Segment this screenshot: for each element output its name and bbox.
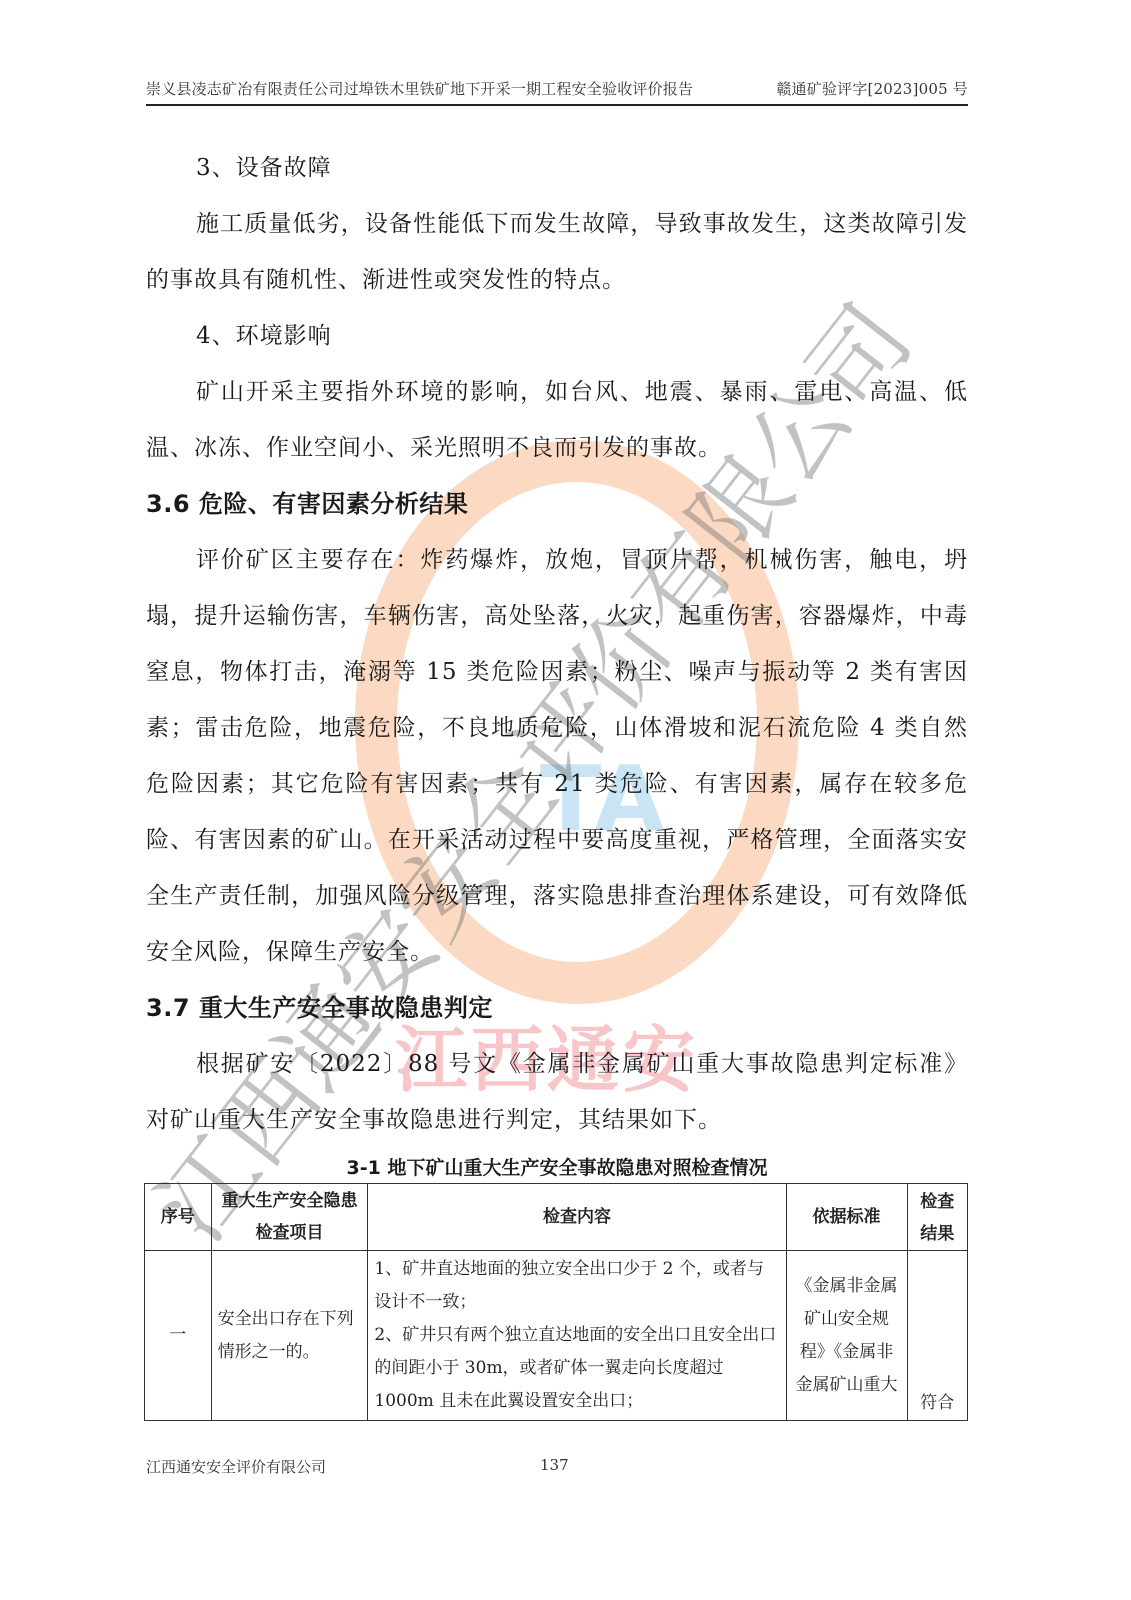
cell-basis: 《金属非金属矿山安全规程》《金属非金属矿山重大 [786, 1251, 907, 1421]
item-3-text: 施工质量低劣，设备性能低下而发生故障，导致事故发生，这类故障引发的事故具有随机性… [146, 196, 968, 308]
item-3-title: 3、设备故障 [146, 140, 968, 196]
section-3-6-heading: 3.6 危险、有害因素分析结果 [146, 476, 968, 532]
document-page: TA 江西通安 江西通安安全评价有限公司 崇义县凌志矿冶有限责任公司过埠铁木里铁… [0, 0, 1131, 1600]
item-4-text: 矿山开采主要指外环境的影响，如台风、地震、暴雨、雷电、高温、低温、冰冻、作业空间… [146, 364, 968, 476]
section-3-6-text: 评价矿区主要存在：炸药爆炸，放炮，冒顶片帮，机械伤害，触电，坍塌，提升运输伤害，… [146, 532, 968, 980]
report-title: 崇义县凌志矿冶有限责任公司过埠铁木里铁矿地下开采一期工程安全验收评价报告 [146, 78, 693, 104]
hazard-check-table: 序号 重大生产安全隐患检查项目 检查内容 依据标准 检查结果 一 安全出口存在下… [144, 1183, 968, 1421]
section-3-7-heading: 3.7 重大生产安全事故隐患判定 [146, 980, 968, 1036]
cell-seq: 一 [145, 1251, 212, 1421]
header-item: 重大生产安全隐患检查项目 [211, 1184, 368, 1251]
header-result: 检查结果 [907, 1184, 968, 1251]
page-header: 崇义县凌志矿冶有限责任公司过埠铁木里铁矿地下开采一期工程安全验收评价报告 赣通矿… [146, 78, 968, 106]
page-number: 137 [540, 1456, 569, 1474]
page-footer: 江西通安安全评价有限公司 137 [146, 1456, 968, 1477]
body-text: 3、设备故障 施工质量低劣，设备性能低下而发生故障，导致事故发生，这类故障引发的… [146, 140, 968, 1148]
table-row: 一 安全出口存在下列情形之一的。 1、矿井直达地面的独立安全出口少于 2 个，或… [145, 1251, 968, 1421]
header-seq: 序号 [145, 1184, 212, 1251]
header-content: 检查内容 [368, 1184, 786, 1251]
header-basis: 依据标准 [786, 1184, 907, 1251]
section-3-7-text: 根据矿安〔2022〕88 号文《金属非金属矿山重大事故隐患判定标准》对矿山重大生… [146, 1036, 968, 1148]
table-header-row: 序号 重大生产安全隐患检查项目 检查内容 依据标准 检查结果 [145, 1184, 968, 1251]
cell-result: 符合 [907, 1251, 968, 1421]
cell-content: 1、矿井直达地面的独立安全出口少于 2 个，或者与设计不一致； 2、矿井只有两个… [368, 1251, 786, 1421]
item-4-title: 4、环境影响 [146, 308, 968, 364]
cell-item: 安全出口存在下列情形之一的。 [211, 1251, 368, 1421]
document-number: 赣通矿验评字[2023]005 号 [776, 78, 968, 104]
table-caption: 3-1 地下矿山重大生产安全事故隐患对照检查情况 [146, 1153, 968, 1180]
footer-company: 江西通安安全评价有限公司 [146, 1458, 326, 1476]
